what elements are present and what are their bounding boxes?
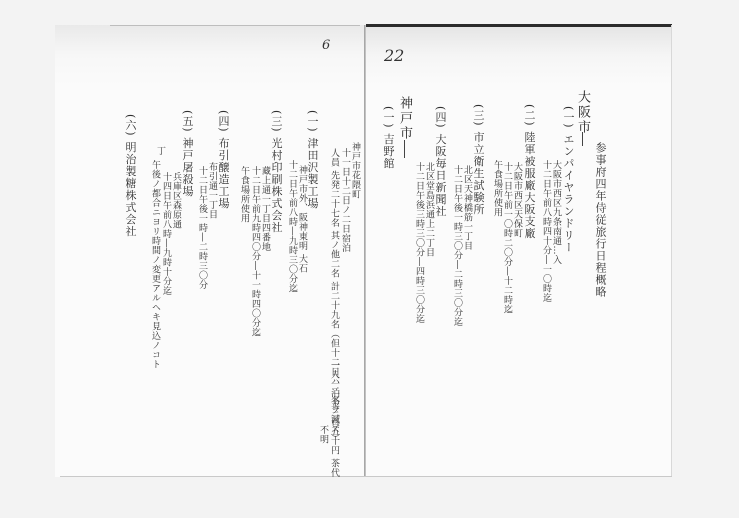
kobe-item-3-time: 十二日午前九時四〇分―十一時四〇分迄 xyxy=(250,166,260,337)
kobe-item-5-label: (五) 神戸屠殺場 xyxy=(181,110,193,197)
kobe-item-3-label: (三) 光村印刷株式会社 xyxy=(270,110,282,233)
page-right-edge xyxy=(671,25,672,477)
section-heading-osaka: 大阪市 xyxy=(576,90,588,135)
kobe-item-4-time: 十二日午後一時―二時三〇分 xyxy=(197,166,207,290)
binding-fold xyxy=(364,25,366,477)
lodging-rate: 一人一泊金三百五十円 茶代 xyxy=(329,360,339,477)
kobe-item-3-note: 午食場所使用 xyxy=(239,166,249,223)
page-top-edge xyxy=(366,24,672,27)
section-heading-kobe: 神戸市 xyxy=(398,96,410,141)
osaka-item-1-time: 十二日午前八時四十分―一〇時迄 xyxy=(541,160,551,303)
left-page-top-edge xyxy=(110,25,360,26)
osaka-item-1-address: 大阪市西区九条南通…入 xyxy=(551,160,561,265)
osaka-item-3-address: 北区天神橋筋一丁目 xyxy=(462,165,472,251)
document-title: 参事府四年侍従旅行日程概略 xyxy=(594,142,606,298)
osaka-item-3-time: 十二日午後一時三〇分―二時三〇分迄 xyxy=(452,165,462,327)
heading-rule xyxy=(404,140,405,158)
lodging-address: 神戸市花隈町 xyxy=(350,142,360,199)
kobe-item-5-note: 午後ノ都合ニヨリ時間ノ変更アルヘキ見込ノコト xyxy=(150,160,160,369)
osaka-item-4-label: (四) 大阪毎日新聞社 xyxy=(434,106,446,217)
lodging-rate-note: 不明 xyxy=(318,425,328,444)
osaka-item-2-address: 大阪市西区天保町 xyxy=(512,162,522,238)
kobe-item-4-label: (四) 布引醸造工場 xyxy=(217,110,229,209)
osaka-item-1-label: (一) エンパイヤランドリー xyxy=(562,106,574,253)
kobe-item-6-label: (六) 明治製糖株式会社 xyxy=(124,114,136,237)
heading-rule xyxy=(582,132,583,146)
right-page xyxy=(366,25,672,477)
kobe-item-1-address: 神戸市外、阪神東明 大石 xyxy=(297,165,307,273)
lodging-stay: 十一日十二日ノ二日宿泊 xyxy=(340,148,350,253)
kobe-item-1-label: (一) 吉野館 xyxy=(382,106,394,169)
osaka-item-4-address: 北区堂島浜通上二丁目 xyxy=(424,162,434,257)
page-number-right: 22 xyxy=(384,46,404,65)
page-number-left: 6 xyxy=(322,38,330,53)
osaka-item-2-time: 十二日午前一〇時二〇分―十二時迄 xyxy=(502,162,512,314)
osaka-item-2-label: (二) 陸軍被服廠大阪支廠 xyxy=(523,104,535,239)
kobe-item-3-address: 藏上通一丁目四番地 xyxy=(260,166,270,252)
kobe-item-5-time: 十四日午前八時―九時十分迄 xyxy=(161,172,171,296)
kobe-item-1-time: 十二日午前八時―九時三〇分迄 xyxy=(287,160,297,293)
osaka-item-3-label: (三) 市立衛生試験所 xyxy=(472,104,484,215)
left-page xyxy=(55,25,365,477)
margin-mark: 丁 xyxy=(155,146,165,156)
kobe-item-4-address: 布引通一丁目 xyxy=(207,162,217,219)
osaka-item-4-time: 十二日午後三時三〇分―四時三〇分迄 xyxy=(414,162,424,324)
kobe-item-1-label: (一) 津田沢製工場 xyxy=(306,110,318,209)
osaka-item-2-note: 午食場所使用 xyxy=(492,160,502,217)
kobe-item-5-address: 兵庫区森原通 xyxy=(171,172,181,229)
page-bottom-edge xyxy=(60,476,672,477)
